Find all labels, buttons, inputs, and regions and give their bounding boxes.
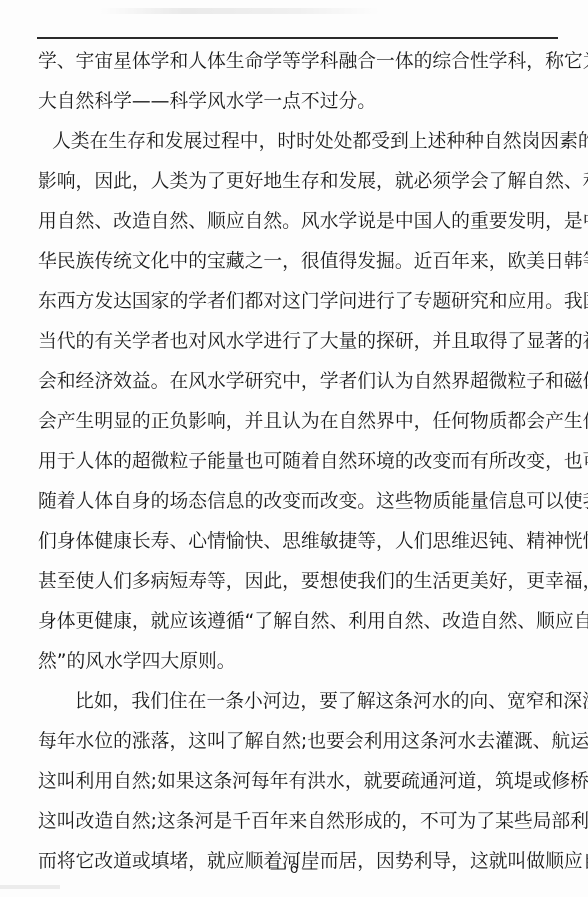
- text-line: 然”的风水学四大原则。: [38, 646, 552, 686]
- text-line: 每年水位的涨落，这叫了解自然;也要会利用这条河水去灌溉、航运等，: [38, 726, 552, 766]
- text-line: 甚至使人们多病短寿等，因此，要想使我们的生活更美好，更幸福，: [38, 566, 552, 606]
- text-line: 这叫改造自然;这条河是千百年来自然形成的，不可为了某些局部利益: [38, 806, 552, 846]
- text-line: 们身体健康长寿、心情愉快、思维敏捷等，人们思维迟钝、精神恍惚，: [38, 526, 552, 566]
- body-text: 学、宇宙星体学和人体生命学等学科融合一体的综合性学科，称它为 大自然科学——科学…: [38, 46, 552, 886]
- scan-artifact: [100, 8, 380, 14]
- text-line: 身体更健康，就应该遵循“了解自然、利用自然、改造自然、顺应自: [38, 606, 552, 646]
- header-rule: [37, 37, 558, 39]
- text-line: 用自然、改造自然、顺应自然。风水学说是中国人的重要发明，是中: [38, 206, 552, 246]
- text-line: 大自然科学——科学风水学一点不过分。: [38, 86, 552, 126]
- page-number: — 6 —: [0, 860, 588, 877]
- text-line: 学、宇宙星体学和人体生命学等学科融合一体的综合性学科，称它为: [38, 46, 552, 86]
- text-line: 人类在生存和发展过程中，时时处处都受到上述种种自然岗因素的: [38, 126, 552, 166]
- text-line: 比如，我们住在一条小河边，要了解这条河水的向、宽窄和深浅，: [38, 686, 552, 726]
- text-line: 会产生明显的正负影响，并且认为在自然界中，任何物质都会产生作: [38, 406, 552, 446]
- text-line: 用于人体的超微粒子能量也可随着自然环境的改变而有所改变，也可: [38, 446, 552, 486]
- text-line: 这叫利用自然;如果这条河每年有洪水，就要疏通河道，筑堤或修桥等: [38, 766, 552, 806]
- text-line: 华民族传统文化中的宝藏之一，很值得发掘。近百年来，欧美日韩等: [38, 246, 552, 286]
- text-line: 会和经济效益。在风水学研究中，学者们认为自然界超微粒子和磁体: [38, 366, 552, 406]
- text-line: 东西方发达国家的学者们都对这门学问进行了专题研究和应用。我国: [38, 286, 552, 326]
- text-line: 随着人体自身的场态信息的改变而改变。这些物质能量信息可以使我: [38, 486, 552, 526]
- text-line: 当代的有关学者也对风水学进行了大量的探研，并且取得了显著的社: [38, 326, 552, 366]
- text-line: 影响，因此，人类为了更好地生存和发展，就必须学会了解自然、利: [38, 166, 552, 206]
- scan-artifact: [0, 885, 60, 889]
- book-page: 学、宇宙星体学和人体生命学等学科融合一体的综合性学科，称它为 大自然科学——科学…: [0, 0, 588, 897]
